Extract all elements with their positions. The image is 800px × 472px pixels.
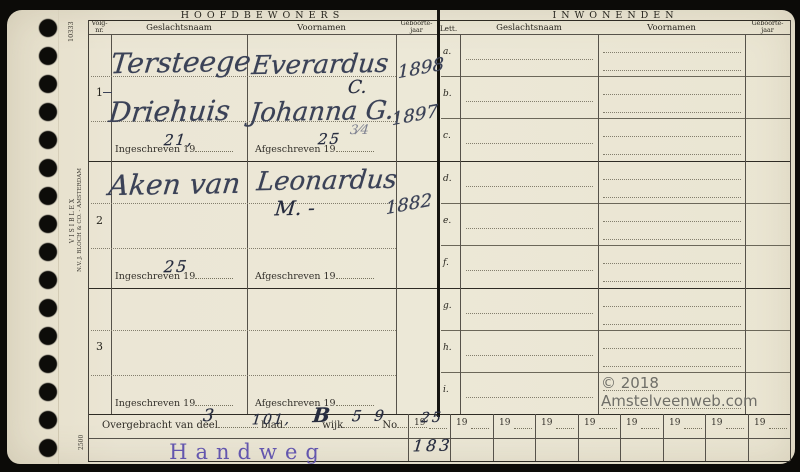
- volgnr-2: 2: [88, 214, 111, 227]
- deel-handwritten: 3: [202, 406, 215, 426]
- year-cell: 19: [620, 414, 664, 461]
- ingeschreven-year-handwritten: 21,: [163, 131, 195, 150]
- column-header-geboortejaar-right: Geboorte-jaar: [745, 21, 790, 34]
- blad-handwritten: 101,: [251, 412, 292, 429]
- dossier-number-handwritten: 183: [412, 436, 454, 456]
- no-handwritten: 5 9: [351, 407, 389, 426]
- copyright-watermark: © 2018 Amstelveenweb.com: [601, 374, 795, 410]
- year-cell: 19: [535, 414, 579, 461]
- register-card: 10333 VISIBLEX N.V. J. BLOCH & CO. - AMS…: [7, 10, 795, 464]
- year-cell: 19: [748, 414, 791, 461]
- column-header-geboortejaar-left: Geboorte-jaar: [396, 21, 437, 34]
- printer-imprint: VISIBLEX N.V. J. BLOCH & CO. - AMSTERDAM: [69, 168, 84, 272]
- birthyear-handwritten: 1897: [391, 101, 438, 130]
- serial-top: 10333: [67, 21, 75, 42]
- year-cell: 19: [705, 414, 749, 461]
- surname-handwritten: Driehuis: [107, 94, 231, 129]
- surname-handwritten: Tersteege: [109, 45, 252, 80]
- afgeschreven-label: Afgeschreven 19: [255, 142, 374, 155]
- volgnr-pen-dash: [103, 92, 112, 93]
- year-value-handwritten: 25: [420, 410, 444, 426]
- year-cell: 19: [450, 414, 494, 461]
- column-header-voornamen-left: Voornamen: [247, 23, 396, 33]
- punch-holes: [32, 14, 64, 462]
- afgeschreven-year-handwritten: 25: [317, 130, 342, 148]
- ingeschreven-year-handwritten: 25: [163, 257, 189, 276]
- volgnr-3: 3: [88, 340, 111, 353]
- year-cell: 19: [493, 414, 536, 461]
- ingeschreven-label: Ingeschreven 19: [115, 396, 233, 409]
- year-cell: 19: [578, 414, 621, 461]
- register-card-scan: { "colors":{"surround_black":"#0c0b08","…: [0, 0, 800, 472]
- column-header-volgnr: Volg-nr.: [88, 21, 111, 34]
- maker-name: N.V. J. BLOCH & CO. - AMSTERDAM: [77, 168, 83, 272]
- firstname-handwritten: Johanna G.: [248, 96, 395, 129]
- brand-name: VISIBLEX: [69, 197, 76, 243]
- hoofdbewoners-title: HOOFDBEWONERS: [88, 10, 437, 20]
- surname-handwritten: Aken van: [107, 167, 242, 202]
- year-cell: 19: [663, 414, 706, 461]
- street-name-stamp: Handweg: [88, 440, 408, 464]
- wijk-handwritten: B: [312, 403, 331, 427]
- initial-handwritten: C.: [347, 77, 368, 98]
- column-header-geslachtsnaam-left: Geslachtsnaam: [111, 23, 247, 33]
- initial-handwritten: M. -: [274, 196, 317, 221]
- firstname-handwritten: Leonardus: [255, 165, 398, 197]
- column-header-lett: Lett.: [437, 24, 460, 33]
- inwonenden-title: INWONENDEN: [441, 10, 790, 20]
- column-header-voornamen-right: Voornamen: [598, 23, 745, 33]
- afgeschreven-label: Afgeschreven 19: [255, 269, 374, 282]
- card-crease: [58, 10, 59, 464]
- afgeschreven-fraction-handwritten: 3⁄4: [349, 123, 369, 138]
- serial-bottom: 2500: [78, 435, 85, 450]
- column-header-geslachtsnaam-right: Geslachtsnaam: [460, 23, 598, 33]
- firstname-handwritten: Everardus: [250, 49, 390, 81]
